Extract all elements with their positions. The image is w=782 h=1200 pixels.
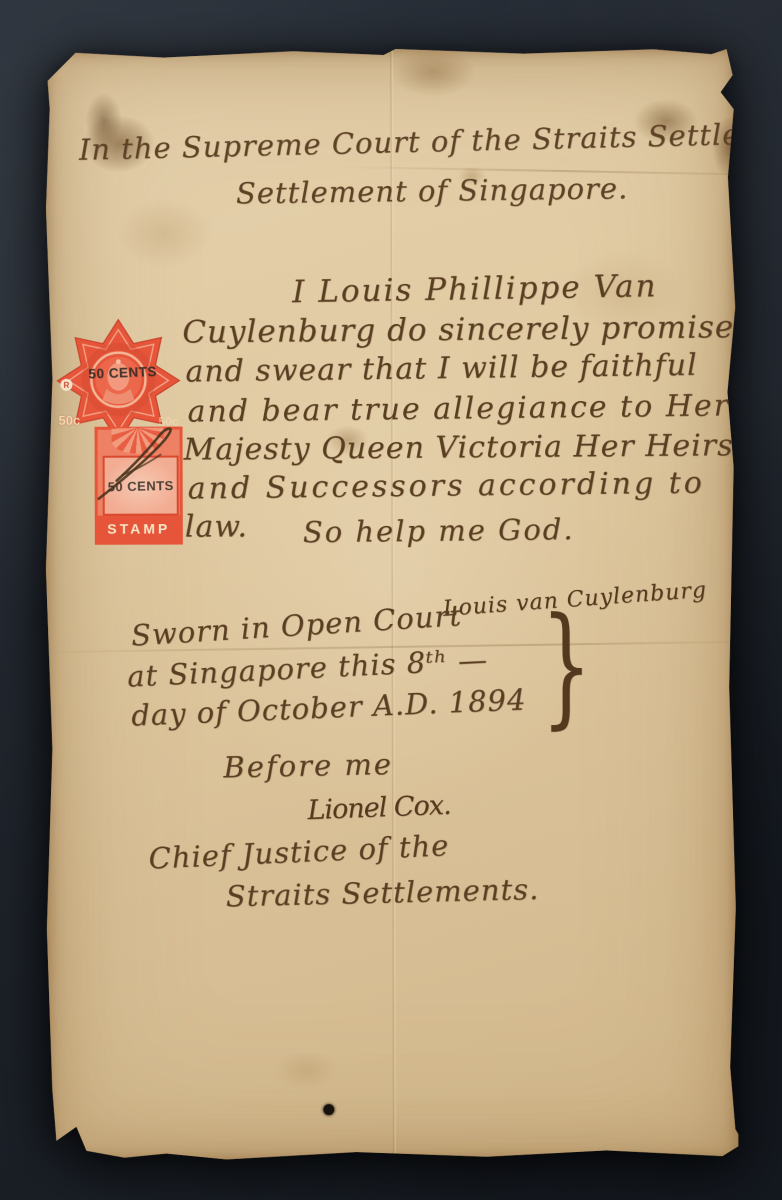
oath-line: I Louis Phillippe Van bbox=[292, 268, 658, 310]
justice-title-line: Straits Settlements. bbox=[225, 872, 539, 913]
punch-hole bbox=[323, 1104, 334, 1115]
so-help-me-god-line: So help me God. bbox=[303, 512, 575, 549]
pen-stroke-path bbox=[99, 429, 171, 499]
revenue-stamp: 50 CENTS 50c 50c R 50 CENTS STAMP bbox=[54, 317, 185, 549]
oath-line: and swear that I will be faithful bbox=[185, 348, 698, 390]
document-paper: In the Supreme Court of the Straits Sett… bbox=[44, 47, 739, 1163]
justice-signature: Lionel Cox. bbox=[307, 790, 451, 826]
oath-line: Majesty Queen Victoria Her Heirs bbox=[183, 428, 733, 467]
oath-line: Cuylenburg do sincerely promise bbox=[182, 309, 734, 350]
oath-line: and Successors according to bbox=[187, 466, 705, 507]
stamp-cancellation-pen-stroke bbox=[54, 317, 185, 549]
jurat-line: Sworn in Open Court bbox=[130, 598, 463, 652]
justice-title-line: Chief Justice of the bbox=[148, 828, 450, 875]
document-paper-wrap: In the Supreme Court of the Straits Sett… bbox=[44, 47, 739, 1163]
oath-line: law. bbox=[185, 509, 248, 544]
court-heading-line: In the Supreme Court of the Straits Sett… bbox=[78, 115, 782, 167]
oath-line: and bear true allegiance to Her bbox=[187, 388, 730, 429]
photo-mount-background: In the Supreme Court of the Straits Sett… bbox=[0, 0, 782, 1200]
settlement-heading-line: Settlement of Singapore. bbox=[236, 171, 629, 210]
before-me-line: Before me bbox=[223, 747, 393, 784]
jurat-brace: } bbox=[541, 590, 592, 742]
